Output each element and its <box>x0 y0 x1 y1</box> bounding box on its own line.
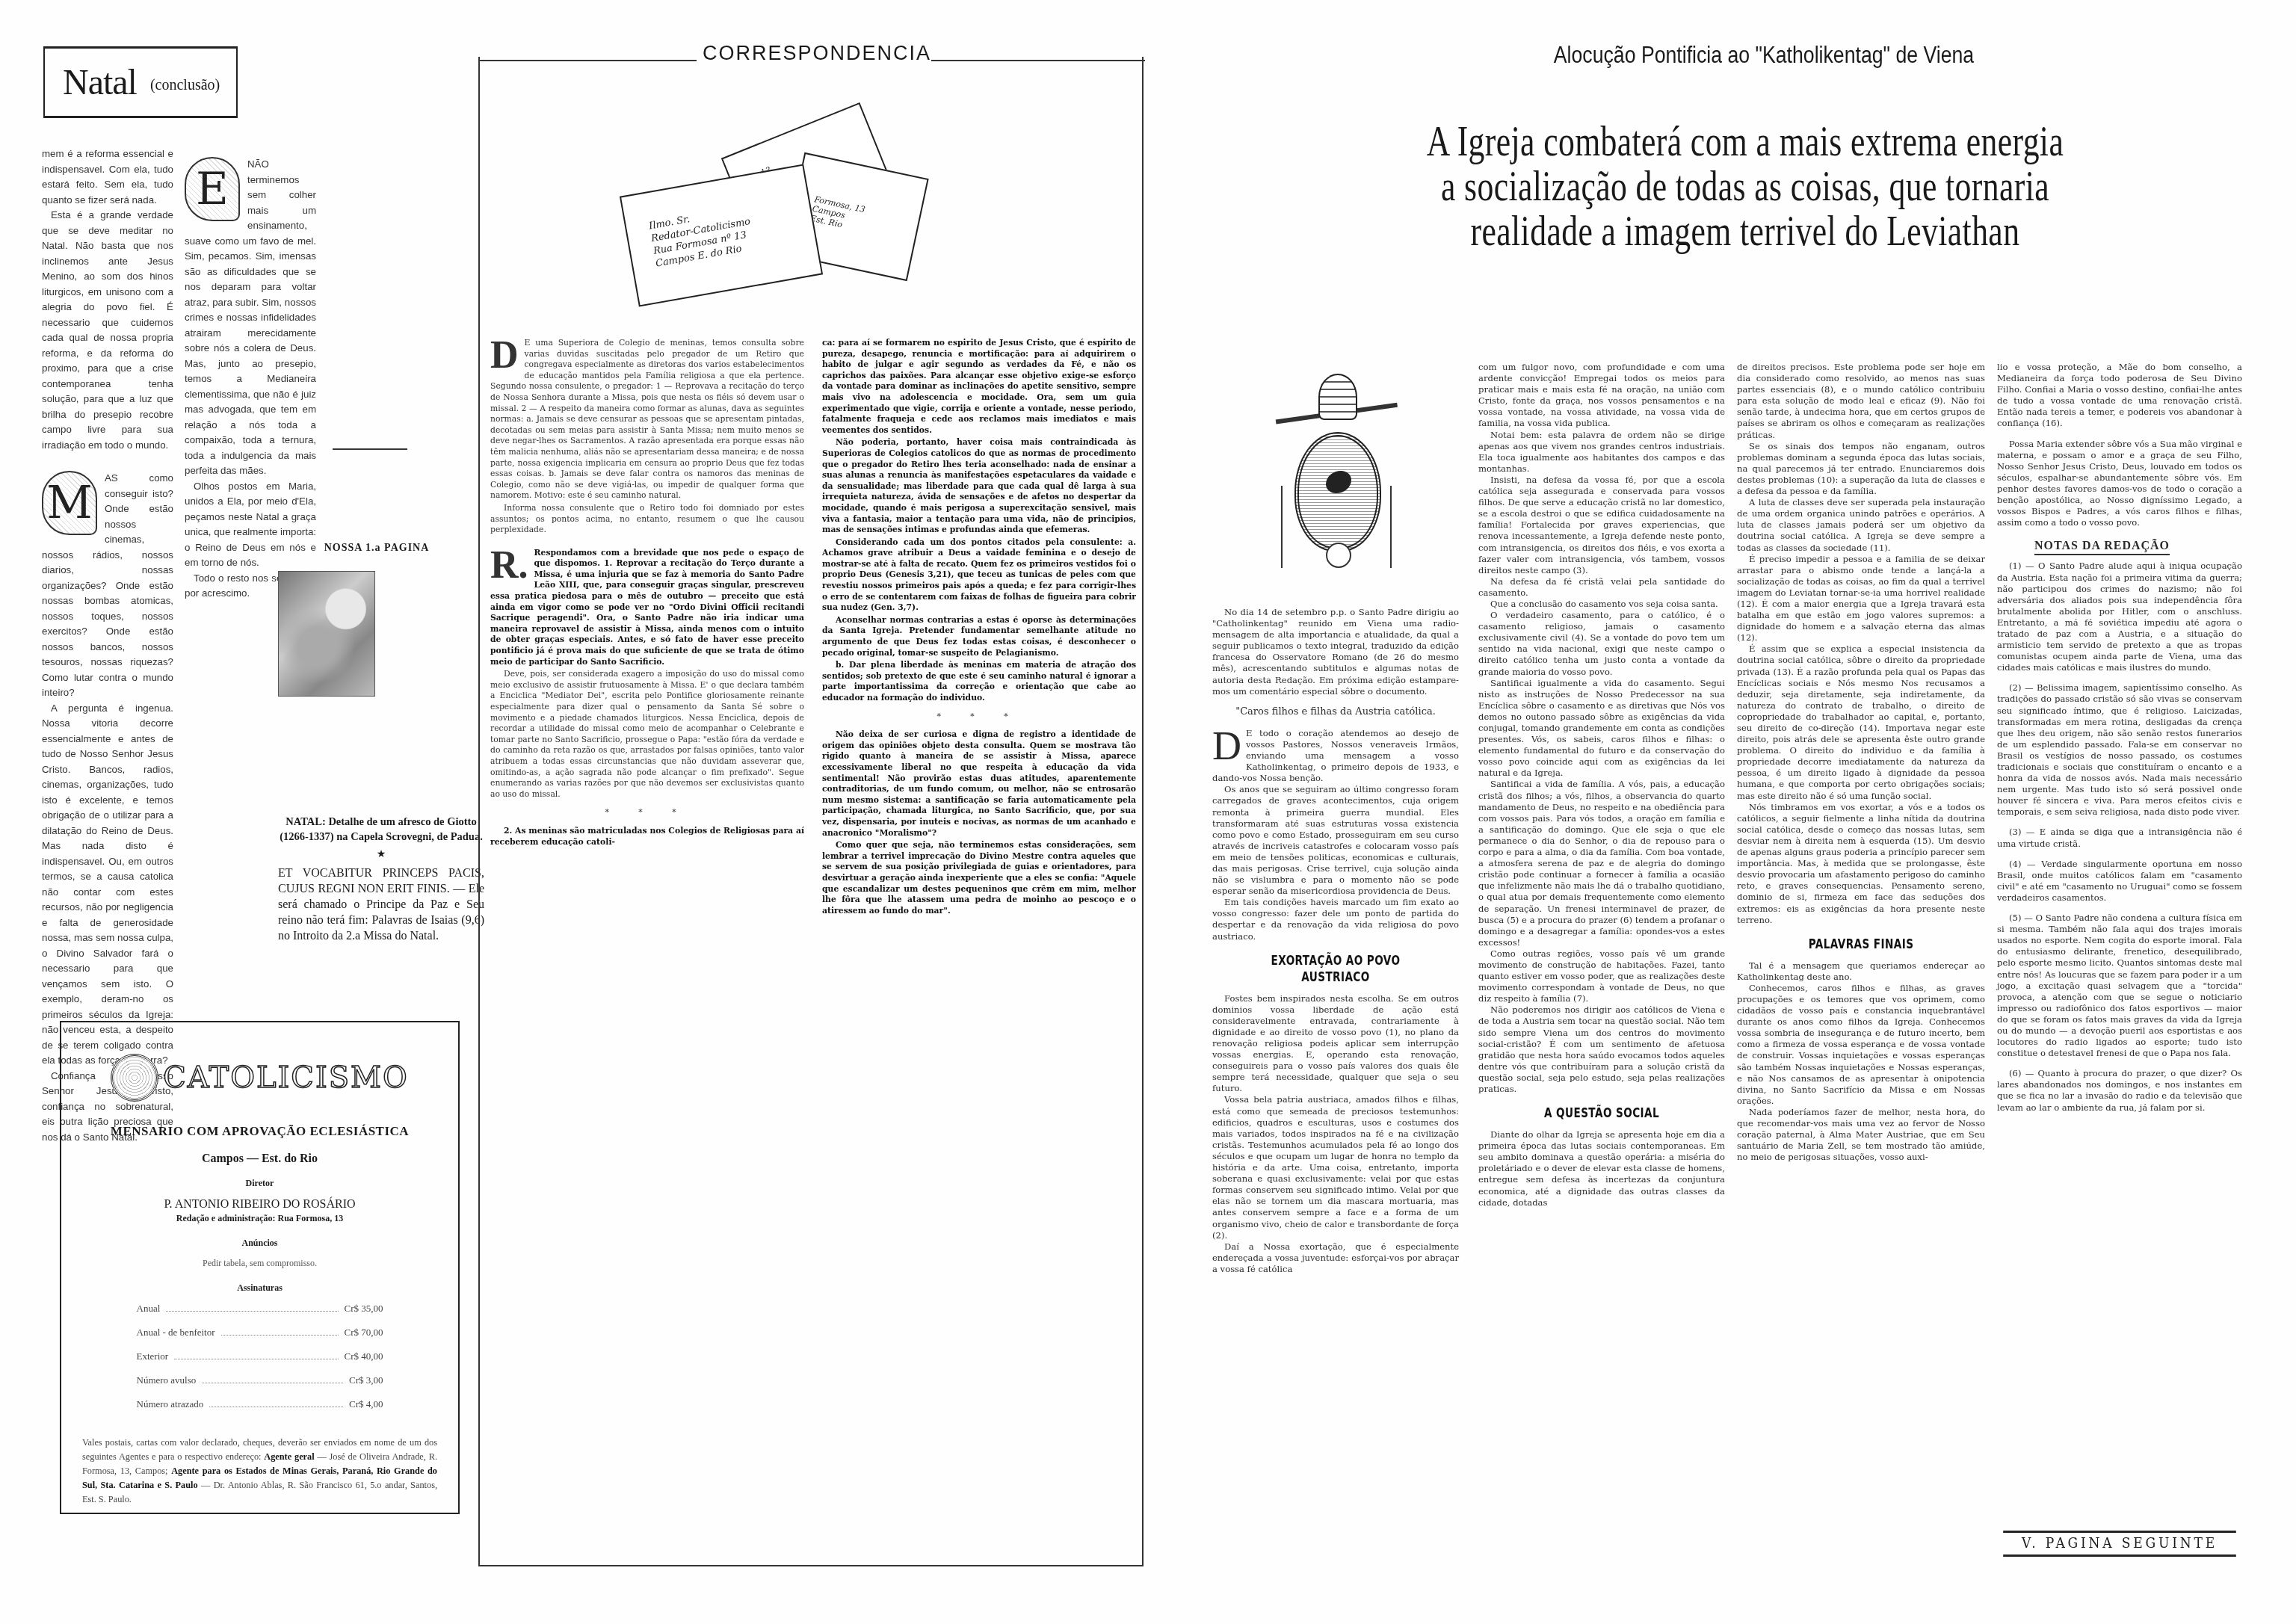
editorial-note: (1) — O Santo Padre alude aqui à iniqua … <box>1997 561 2242 673</box>
answer-paragraph: ca: para aí se formarem no espirito de J… <box>822 338 1136 436</box>
answer-paragraph: Aconselhar normas contrarias a estas é o… <box>822 615 1136 658</box>
natal-paragraph: A pergunta é ingenua. Nossa vitoria deco… <box>42 701 173 1069</box>
giotto-fresco-image <box>278 571 375 697</box>
left-page: Natal (conclusão) mem é a reforma essenc… <box>0 0 1166 1624</box>
body-paragraph: Daí a Nossa exortação, que é especialmen… <box>1212 1241 1459 1275</box>
nossa-pagina-title: NOSSA 1.a PAGINA <box>287 543 466 555</box>
price-row: Número atrazadoCr$ 4,00 <box>137 1398 383 1422</box>
body-paragraph: Notai bem: esta palavra de ordem não se … <box>1478 430 1725 475</box>
price-value: Cr$ 40,00 <box>345 1350 383 1362</box>
leader-dots <box>174 1359 338 1359</box>
body-paragraph: É assim que se explica a especial insist… <box>1737 643 1985 801</box>
drop-cap-r: R. <box>490 549 528 582</box>
logo-text: CATOLICISMO <box>163 1060 409 1095</box>
catolicismo-masthead: CATOLICISMO MENSARIO COM APROVAÇÃO ECLES… <box>60 1021 460 1514</box>
price-value: Cr$ 70,00 <box>345 1327 383 1339</box>
body-paragraph: Insisti, na defesa da vossa fé, por que … <box>1478 475 1725 576</box>
salutation: "Caros filhos e filhas da Austria católi… <box>1212 706 1459 717</box>
editorial-note: (5) — O Santo Padre não condena a cultur… <box>1997 913 2242 1059</box>
section-stars: * * * <box>490 807 804 818</box>
editorial-note: (6) — Quanto à procura do prazer, o que … <box>1997 1068 2242 1113</box>
subscription-price-list: AnualCr$ 35,00 Anual - de benfeitorCr$ 7… <box>137 1303 383 1422</box>
body-paragraph: Santificai igualmente a vida do casament… <box>1478 678 1725 779</box>
masthead-city: Campos — Est. do Rio <box>82 1152 437 1166</box>
continued-next-page-link[interactable]: V. PAGINA SEGUINTE <box>2003 1531 2236 1557</box>
body-paragraph: Não poderemos nos dirigir aos católicos … <box>1478 1004 1725 1095</box>
body-paragraph: Em tais condições haveis marcado um fim … <box>1212 897 1459 942</box>
leader-dots <box>166 1311 338 1312</box>
body-paragraph: com um fulgor novo, com profundidade e c… <box>1478 362 1725 430</box>
natal-column-1: mem é a reforma essencial e indispensave… <box>42 146 173 453</box>
body-paragraph: Como outras regiões, vosso país vê um gr… <box>1478 948 1725 1004</box>
question-paragraph: Informa nossa consulente que o Retiro to… <box>490 503 804 536</box>
body-paragraph: A luta de classes deve ser superada pela… <box>1737 497 1985 553</box>
headline-line: a socialização de todas as coisas, que t… <box>1323 164 2168 209</box>
body-paragraph: Que a conclusão do casamento vos seja co… <box>1478 599 1725 610</box>
drop-cap-d: D <box>490 339 519 372</box>
answer-paragraph: Respondamos com a brevidade que nos pede… <box>490 548 804 668</box>
natal-column-2: E NÃO terminemos sem colher mais um ensi… <box>185 157 316 602</box>
editorial-note: (4) — Verdade singularmente oportuna em … <box>1997 859 2242 904</box>
subscriptions-label: Assinaturas <box>82 1282 437 1294</box>
director-label: Diretor <box>82 1178 437 1189</box>
natal-paragraph: Esta é a grande verdade que se deve medi… <box>42 208 173 453</box>
ads-label: Anúncios <box>82 1238 437 1249</box>
star-icon: ★ <box>278 847 484 862</box>
natal-paragraph: mem é a reforma essencial e indispensave… <box>42 146 173 208</box>
fresco-caption: NATAL: Detalhe de um afresco de Giotto (… <box>278 815 484 944</box>
envelope-icon: Ilmo. Sr. Redator-Catolicismo Rua Formos… <box>620 164 823 306</box>
answer-paragraph: Não poderia, portanto, haver coisa mais … <box>822 437 1136 535</box>
price-value: Cr$ 35,00 <box>345 1303 383 1315</box>
envelope-address: Ilmo. Sr. Redator-Catolicismo Rua Formos… <box>648 203 756 270</box>
cherub-icon <box>1326 543 1351 568</box>
alocucao-column-2: com um fulgor novo, com profundidade e c… <box>1478 362 1725 1208</box>
subhead-exortacao: EXORTAÇÃO AO POVO AUSTRIACO <box>1237 953 1434 986</box>
headline-line: A Igreja combaterá com a mais extrema en… <box>1323 120 2168 164</box>
alocucao-column-4: lio e vossa proteção, a Mãe do bom conse… <box>1997 362 2242 1114</box>
editorial-note: (2) — Belissima imagem, sapientíssimo co… <box>1997 682 2242 818</box>
alocucao-column-1: No dia 14 de setembro p.p. o Santo Padre… <box>1212 607 1459 1275</box>
answer-paragraph: Não deixa de ser curiosa e digna de regi… <box>822 729 1136 839</box>
masthead-subtitle: MENSARIO COM APROVAÇÃO ECLESIÁSTICA <box>82 1124 437 1139</box>
price-label: Número avulso <box>137 1374 197 1386</box>
natal-subtitle: (conclusão) <box>150 77 220 94</box>
section-divider <box>333 448 407 450</box>
body-paragraph: Nós timbramos em vos exortar, a vós e a … <box>1737 802 1985 926</box>
body-paragraph: Nada poderíamos fazer de melhor, nesta h… <box>1737 1107 1985 1163</box>
subhead-questao-social: A QUESTÃO SOCIAL <box>1503 1105 1700 1122</box>
director-name: P. ANTONIO RIBEIRO DO ROSÁRIO <box>82 1198 437 1211</box>
caption-title: NATAL: Detalhe de um afresco de Giotto (… <box>278 815 484 845</box>
notas-da-redacao-title: NOTAS DA REDAÇÃO <box>1997 540 2242 552</box>
headline-line: realidade a imagem terrivel do Leviathan <box>1323 209 2168 254</box>
envelopes-illustration: 13 Formosa, 13 Campos Est. Rio Ilmo. Sr.… <box>605 120 934 314</box>
price-row: ExteriorCr$ 40,00 <box>137 1350 383 1374</box>
catolicismo-logo: CATOLICISMO <box>82 1054 437 1102</box>
answer-paragraph: Considerando cada um dos pontos citados … <box>822 537 1136 614</box>
natal-title-box: Natal (conclusão) <box>43 46 238 118</box>
section-stars: * * * <box>822 711 1136 723</box>
body-paragraph: É preciso impedir a pessoa e a familia d… <box>1737 554 1985 644</box>
price-label: Número atrazado <box>137 1398 204 1410</box>
body-paragraph: Fostes bem inspirados nesta escolha. Se … <box>1212 993 1459 1095</box>
editorial-note: (3) — E ainda se diga que a intransigênc… <box>1997 827 2242 849</box>
tassel-icon <box>1281 486 1290 568</box>
ornamental-initial-e: E <box>185 157 240 221</box>
price-value: Cr$ 3,00 <box>349 1374 383 1386</box>
alocucao-column-3: de direitos precisos. Este problema pode… <box>1737 362 1985 1163</box>
ornamental-initial-m: M <box>42 471 97 535</box>
answer-paragraph: Como quer que seja, não terminemos estas… <box>822 840 1136 916</box>
answer-paragraph: 2. As meninas são matriculadas nos Coleg… <box>490 826 804 847</box>
body-paragraph: Conhecemos, caros filhos e filhas, as gr… <box>1737 983 1985 1107</box>
leader-dots <box>202 1383 343 1383</box>
body-paragraph: lio e vossa proteção, a Mãe do bom conse… <box>1997 362 2242 430</box>
alocucao-kicker: Alocução Pontificia ao "Katholikentag" d… <box>1314 42 2214 69</box>
leader-dots <box>221 1335 339 1336</box>
title-rule-left <box>478 60 697 61</box>
body-paragraph: E todo o coração atendemos ao desejo de … <box>1212 728 1459 784</box>
answer-paragraph: Deve, pois, ser considerada exagero a im… <box>490 669 804 800</box>
price-label: Anual - de benfeitor <box>137 1327 215 1339</box>
body-paragraph: Vossa bela patria austriaca, amados filh… <box>1212 1094 1459 1241</box>
editorial-address: Redação e administração: Rua Formosa, 13 <box>82 1213 437 1224</box>
body-paragraph: de direitos precisos. Este problema pode… <box>1737 362 1985 441</box>
price-value: Cr$ 4,00 <box>349 1398 383 1410</box>
price-row: AnualCr$ 35,00 <box>137 1303 383 1327</box>
leader-dots <box>209 1407 343 1407</box>
price-label: Anual <box>137 1303 161 1315</box>
question-paragraph: E uma Superiora de Colegio de meninas, t… <box>490 338 804 501</box>
price-row: Anual - de benfeitorCr$ 70,00 <box>137 1327 383 1350</box>
title-rule-right <box>931 60 1145 61</box>
body-paragraph: Possa Maria extender sôbre vós a Sua mão… <box>1997 439 2242 529</box>
seal-icon <box>111 1054 158 1102</box>
natal-paragraph: Olhos postos em Maria, unidos a Ela, por… <box>185 479 316 571</box>
body-paragraph: Tal é a mensagem que queriamos endereçar… <box>1737 960 1985 983</box>
envelope-address: Formosa, 13 Campos Est. Rio <box>809 194 866 234</box>
natal-title: Natal <box>63 62 137 103</box>
price-label: Exterior <box>137 1350 169 1362</box>
correspondencia-column-2: ca: para aí se formarem no espirito de J… <box>822 338 1136 918</box>
papal-coat-of-arms-image <box>1271 374 1405 583</box>
correspondencia-column-1: D E uma Superiora de Colegio de meninas,… <box>490 338 804 849</box>
drop-cap-d: D <box>1212 729 1241 762</box>
intro-paragraph: No dia 14 de setembro p.p. o Santo Padre… <box>1212 607 1459 697</box>
tassel-icon <box>1390 486 1399 568</box>
body-paragraph: Santificai a vida de família. A vós, pai… <box>1478 779 1725 948</box>
main-headline: A Igreja combaterá com a mais extrema en… <box>1323 120 2168 254</box>
payment-note: Vales postais, cartas com valor declarad… <box>82 1436 437 1507</box>
price-row: Número avulsoCr$ 3,00 <box>137 1374 383 1398</box>
body-paragraph: Na defesa da fé cristã velai pela santid… <box>1478 576 1725 599</box>
subhead-palavras-finais: PALAVRAS FINAIS <box>1762 936 1960 953</box>
correspondencia-title: CORRESPONDENCIA <box>703 42 927 65</box>
body-paragraph: O verdadeiro casamento, para o católico,… <box>1478 610 1725 678</box>
tiara-icon <box>1318 374 1357 420</box>
caption-latin-quote: ET VOCABITUR PRINCEPS PACIS, CUJUS REGNI… <box>278 865 484 944</box>
agent-label: Agente geral <box>264 1451 314 1462</box>
body-paragraph: Se os sinais dos tempos não enganam, out… <box>1737 441 1985 497</box>
ads-text: Pedir tabela, sem compromisso. <box>82 1258 437 1269</box>
body-paragraph: Diante do olhar da Igreja se apresenta h… <box>1478 1129 1725 1208</box>
answer-paragraph: b. Dar plena liberdade às meninas em mat… <box>822 660 1136 703</box>
body-paragraph: Os anos que se seguiram ao último congre… <box>1212 784 1459 897</box>
